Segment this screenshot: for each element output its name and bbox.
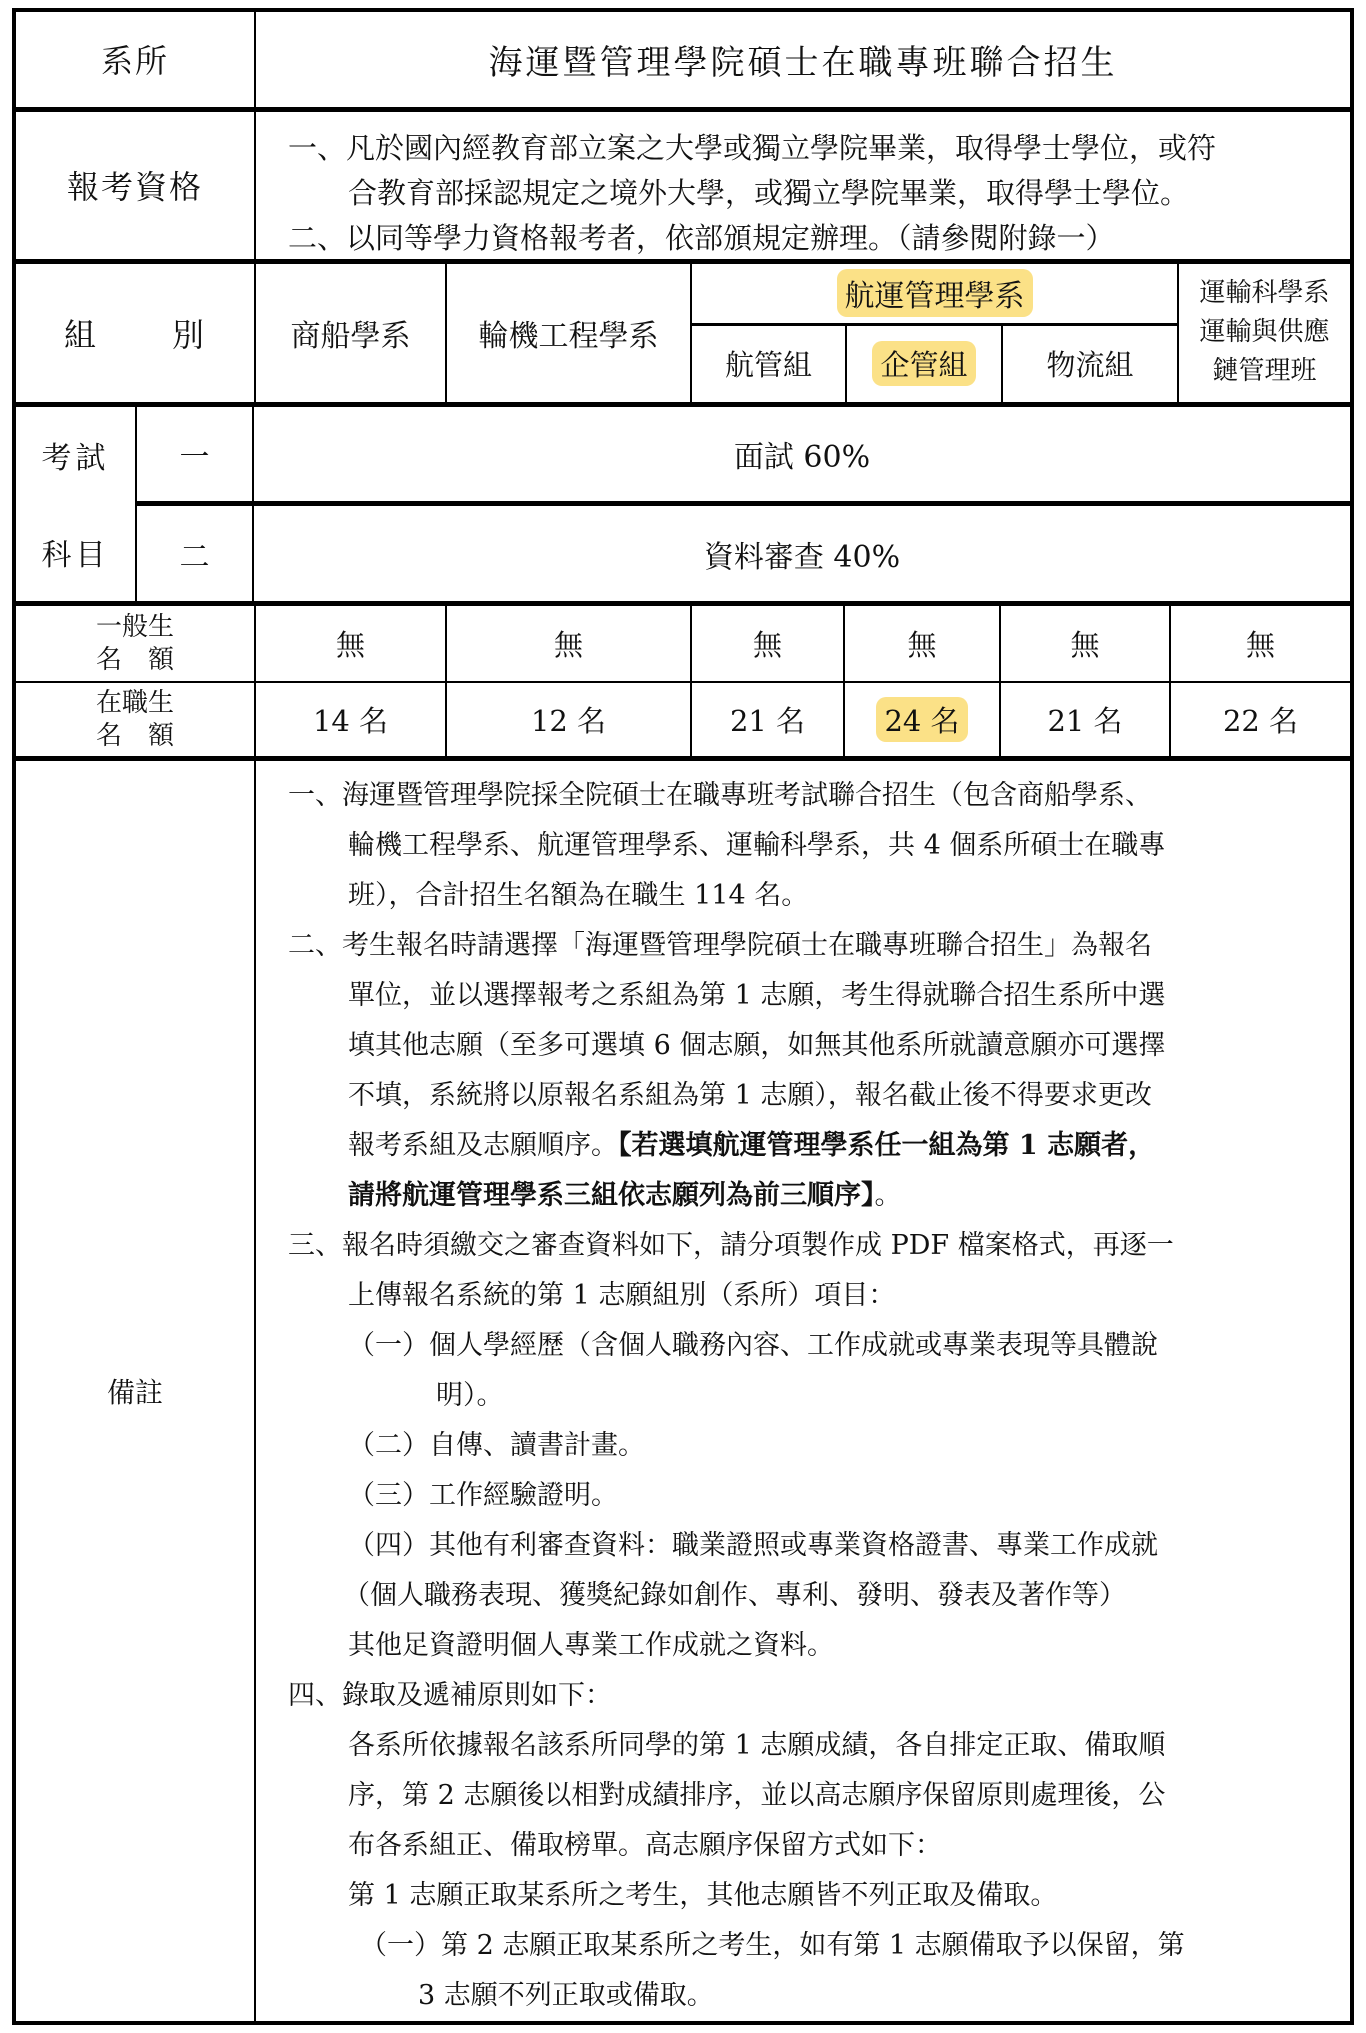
remark-segment: 輪機工程學系、航運管理學系、運輸科學系，共 4 個系所碩士在職專 (348, 830, 1165, 861)
quota-value: 無 (554, 623, 583, 664)
exam-content-1: 面試 60% (252, 407, 1350, 502)
qualification-line: 一、凡於國內經教育部立案之大學或獨立學院畢業，取得學士學位，或符 (288, 126, 1340, 171)
remark-line: 一、海運暨管理學院採全院碩士在職專班考試聯合招生（包含商船學系、 (288, 771, 1342, 821)
dept-row: 系所 海運暨管理學院碩士在職專班聯合招生 (16, 12, 1350, 112)
remark-line: 單位，並以選擇報考之系組為第 1 志願，考生得就聯合招生系所中選 (288, 971, 1342, 1021)
quota-cell: 14 名 (254, 683, 445, 756)
qualification-label: 報考資格 (16, 112, 254, 259)
remark-segment: 布各系組正、備取榜單。高志願序保留方式如下： (348, 1830, 942, 1861)
remark-segment: 3 志願不列正取或備取。 (418, 1980, 714, 2011)
remark-line: 四、錄取及遞補原則如下： (288, 1671, 1342, 1721)
remark-segment: （三）工作經驗證明。 (348, 1480, 618, 1511)
transport-line: 運輸科學系 (1199, 274, 1329, 313)
exam-subject-label: 考試 科目 (16, 407, 135, 601)
transport-line: 運輸與供應 (1199, 313, 1329, 352)
dept-label: 系所 (16, 12, 254, 107)
group-label: 組 別 (16, 264, 254, 402)
quota-cell: 12 名 (445, 683, 690, 756)
page: { "highlight_color": "#fbe187", "dept_ro… (0, 0, 1366, 2033)
quota-general-label-line2: 名 額 (96, 644, 174, 677)
quota-value: 12 名 (531, 699, 606, 740)
remark-line: （四）其他有利審查資料：職業證照或專業資格證書、專業工作成就 (288, 1521, 1342, 1571)
remark-segment: （一）第 2 志願正取某系所之考生，如有第 1 志願備取予以保留，第 (360, 1930, 1185, 1961)
remark-segment: 班），合計招生名額為在職生 114 名。 (348, 880, 808, 911)
quota-value: 14 名 (313, 699, 388, 740)
quota-worker-label-line2: 名 額 (96, 720, 174, 753)
subgroup-cell: 企管組 (845, 326, 1001, 402)
remark-segment: 第 1 志願正取某系所之考生，其他志願皆不列正取及備取。 (348, 1880, 1057, 1911)
transport-line: 鏈管理班 (1212, 352, 1316, 391)
quota-general-row: 一般生 名 額 無無無無無無 (16, 606, 1350, 684)
remark-line: 布各系組正、備取榜單。高志願序保留方式如下： (288, 1821, 1342, 1871)
quota-cell: 無 (1169, 606, 1350, 682)
remark-segment: 序，第 2 志願後以相對成績排序，並以高志願序保留原則處理後，公 (348, 1780, 1165, 1811)
subgroup-cell: 物流組 (1001, 326, 1177, 402)
quota-cell: 22 名 (1169, 683, 1350, 756)
remark-line: （三）工作經驗證明。 (288, 1471, 1342, 1521)
quota-value: 無 (1070, 623, 1099, 664)
remark-line: （一）第 2 志願正取某系所之考生，如有第 1 志願備取予以保留，第 (288, 1921, 1342, 1971)
shipping-subgroups: 航管組企管組物流組 (692, 326, 1177, 402)
remark-segment: 上傳報名系統的第 1 志願組別（系所）項目： (348, 1280, 895, 1311)
remark-segment: 。 (875, 1180, 902, 1211)
remarks-row: 備註 一、海運暨管理學院採全院碩士在職專班考試聯合招生（包含商船學系、輪機工程學… (16, 761, 1350, 2021)
quota-cell: 24 名 (843, 683, 999, 756)
exam-rows: 考試 科目 一 面試 60% 二 資料審查 40% (16, 407, 1350, 606)
subgroup-cell: 航管組 (692, 326, 845, 402)
col-transport-science: 運輸科學系運輸與供應鏈管理班 (1177, 264, 1350, 402)
remark-line: 報考系組及志願順序。【若選填航運管理學系任一組為第 1 志願者， (288, 1121, 1342, 1171)
quota-value: 無 (1246, 623, 1275, 664)
remark-line: 序，第 2 志願後以相對成績排序，並以高志願序保留原則處理後，公 (288, 1771, 1342, 1821)
remarks-label: 備註 (16, 761, 254, 2021)
subgroup-text: 航管組 (725, 343, 812, 384)
remark-segment: 三、報名時須繳交之審查資料如下，請分項製作成 PDF 檔案格式，再逐一 (288, 1230, 1174, 1261)
remark-line: 三、報名時須繳交之審查資料如下，請分項製作成 PDF 檔案格式，再逐一 (288, 1221, 1342, 1271)
exam-right: 一 面試 60% 二 資料審查 40% (135, 407, 1350, 601)
remark-line: 請將航運管理學系三組依志願列為前三順序】。 (288, 1171, 1342, 1221)
remark-line: 輪機工程學系、航運管理學系、運輸科學系，共 4 個系所碩士在職專 (288, 821, 1342, 871)
remark-line: （一）個人學經歷（含個人職務內容、工作成就或專業表現等具體說 (288, 1321, 1342, 1371)
remark-segment: 各系所依據報名該系所同學的第 1 志願成績，各自排定正取、備取順 (348, 1730, 1165, 1761)
exam-label-bottom: 科目 (16, 504, 135, 601)
remark-segment: 其他足資證明個人專業工作成就之資料。 (348, 1630, 834, 1661)
quota-worker-row: 在職生 名 額 14 名12 名21 名24 名21 名22 名 (16, 683, 1350, 761)
group-row: 組 別 商船學系 輪機工程學系 航運管理學系 航管組企管組物流組 運輸科學系運輸… (16, 264, 1350, 407)
remark-segment: 不填，系統將以原報名系組為第 1 志願），報名截止後不得要求更改 (348, 1080, 1152, 1111)
group-label-left: 組 (64, 310, 98, 356)
quota-value: 無 (336, 623, 365, 664)
quota-general-label: 一般生 名 額 (16, 606, 254, 682)
qualification-line: 合教育部採認規定之境外大學，或獨立學院畢業，取得學士學位。 (288, 171, 1340, 216)
remark-segment: 報考系組及志願順序。 (348, 1130, 618, 1161)
remark-segment: 單位，並以選擇報考之系組為第 1 志願，考生得就聯合招生系所中選 (348, 980, 1165, 1011)
qualification-row: 報考資格 一、凡於國內經教育部立案之大學或獨立學院畢業，取得學士學位，或符合教育… (16, 112, 1350, 264)
remark-line: 3 志願不列正取或備取。 (288, 1971, 1342, 2021)
remark-segment-bold: 【若選填航運管理學系任一組為第 1 志願者， (618, 1130, 1155, 1161)
remark-line: 二、考生報名時請選擇「海運暨管理學院碩士在職專班聯合招生」為報名 (288, 921, 1342, 971)
remark-segment: （二）自傳、讀書計畫。 (348, 1430, 645, 1461)
quota-cell: 21 名 (690, 683, 843, 756)
quota-value: 22 名 (1223, 699, 1298, 740)
col-marine-engineering: 輪機工程學系 (445, 264, 690, 402)
exam-row-1: 一 面試 60% (135, 407, 1350, 507)
qualification-content: 一、凡於國內經教育部立案之大學或獨立學院畢業，取得學士學位，或符合教育部採認規定… (254, 112, 1350, 259)
col-merchant-marine: 商船學系 (254, 264, 445, 402)
remark-segment: 填其他志願（至多可選填 6 個志願，如無其他系所就讀意願亦可選擇 (348, 1030, 1165, 1061)
quota-worker-label-line1: 在職生 (96, 687, 174, 720)
remark-segment: 一、海運暨管理學院採全院碩士在職專班考試聯合招生（包含商船學系、 (288, 780, 1152, 811)
quota-value: 21 名 (1047, 699, 1122, 740)
remark-line: 填其他志願（至多可選填 6 個志願，如無其他系所就讀意願亦可選擇 (288, 1021, 1342, 1071)
remark-segment: （一）個人學經歷（含個人職務內容、工作成就或專業表現等具體說 (348, 1330, 1158, 1361)
quota-cell: 無 (254, 606, 445, 682)
exam-no-1: 一 (135, 407, 252, 502)
remark-line: 明）。 (288, 1371, 1342, 1421)
subgroup-text: 物流組 (1046, 343, 1133, 384)
group-label-right: 別 (172, 310, 206, 356)
remark-line: 各系所依據報名該系所同學的第 1 志願成績，各自排定正取、備取順 (288, 1721, 1342, 1771)
quota-cell: 無 (445, 606, 690, 682)
remark-line: （個人職務表現、獲獎紀錄如創作、專利、發明、發表及著作等） (288, 1571, 1342, 1621)
remark-segment: 四、錄取及遞補原則如下： (288, 1680, 612, 1711)
subgroup-text: 企管組 (872, 341, 975, 386)
remarks-content: 一、海運暨管理學院採全院碩士在職專班考試聯合招生（包含商船學系、輪機工程學系、航… (254, 761, 1350, 2021)
remark-line: 其他足資證明個人專業工作成就之資料。 (288, 1621, 1342, 1671)
remark-line: 班），合計招生名額為在職生 114 名。 (288, 871, 1342, 921)
admission-table: 系所 海運暨管理學院碩士在職專班聯合招生 報考資格 一、凡於國內經教育部立案之大… (12, 8, 1354, 2025)
quota-value: 24 名 (876, 697, 967, 742)
shipping-mgmt-header: 航運管理學系 (837, 269, 1033, 317)
quota-value: 無 (907, 623, 936, 664)
exam-content-2: 資料審查 40% (252, 506, 1350, 601)
quota-value: 無 (753, 623, 782, 664)
remark-line: 上傳報名系統的第 1 志願組別（系所）項目： (288, 1271, 1342, 1321)
quota-general-label-line1: 一般生 (96, 611, 174, 644)
qualification-line: 二、以同等學力資格報考者，依部頒規定辦理。（請參閱附錄一） (288, 216, 1340, 261)
remark-segment: 明）。 (436, 1380, 504, 1411)
quota-cell: 無 (999, 606, 1169, 682)
shipping-mgmt-header-cell: 航運管理學系 (692, 264, 1177, 326)
remark-line: 不填，系統將以原報名系組為第 1 志願），報名截止後不得要求更改 (288, 1071, 1342, 1121)
quota-cell: 21 名 (999, 683, 1169, 756)
quota-worker-cells: 14 名12 名21 名24 名21 名22 名 (254, 683, 1350, 756)
remark-segment: 二、考生報名時請選擇「海運暨管理學院碩士在職專班聯合招生」為報名 (288, 930, 1152, 961)
quota-cell: 無 (690, 606, 843, 682)
remark-line: 第 1 志願正取某系所之考生，其他志願皆不列正取及備取。 (288, 1871, 1342, 1921)
exam-no-2: 二 (135, 506, 252, 601)
remark-segment: （四）其他有利審查資料：職業證照或專業資格證書、專業工作成就 (348, 1530, 1158, 1561)
remark-segment: （個人職務表現、獲獎紀錄如創作、專利、發明、發表及著作等） (343, 1580, 1126, 1611)
shipping-mgmt-group: 航運管理學系 航管組企管組物流組 (690, 264, 1177, 402)
quota-cell: 無 (843, 606, 999, 682)
quota-value: 21 名 (730, 699, 805, 740)
exam-label-top: 考試 (16, 407, 135, 504)
quota-general-cells: 無無無無無無 (254, 606, 1350, 682)
remark-segment-bold: 請將航運管理學系三組依志願列為前三順序】 (348, 1180, 875, 1211)
exam-row-2: 二 資料審查 40% (135, 506, 1350, 601)
remark-line: （二）自傳、讀書計畫。 (288, 1421, 1342, 1471)
dept-title: 海運暨管理學院碩士在職專班聯合招生 (254, 12, 1350, 107)
quota-worker-label: 在職生 名 額 (16, 683, 254, 756)
